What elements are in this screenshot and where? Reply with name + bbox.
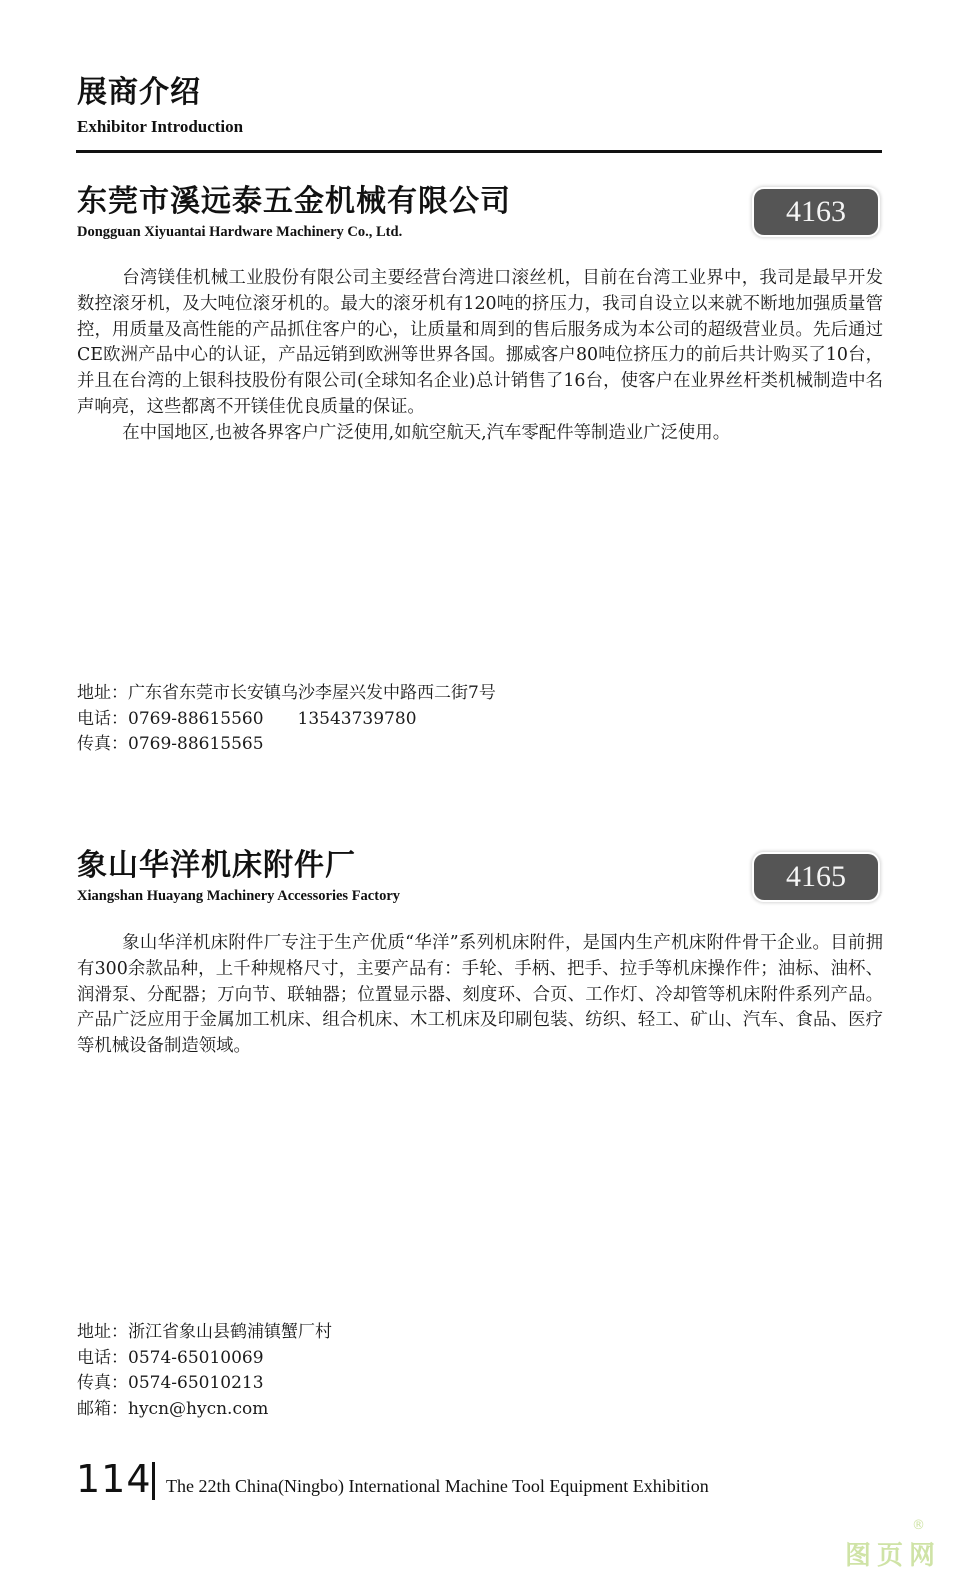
phone: 电话：0769-88615560 13543739780 (77, 707, 496, 733)
footer-divider (152, 1462, 155, 1500)
company-name-en: Xiangshan Huayang Machinery Accessories … (77, 887, 400, 905)
watermark-logo: 图页网 (845, 1535, 941, 1572)
registered-mark-icon: ® (912, 1518, 925, 1533)
booth-number-badge: 4165 (754, 854, 878, 900)
company-description: 台湾镁佳机械工业股份有限公司主要经营台湾进口滚丝机，目前在台湾工业界中，我司是最… (77, 266, 883, 447)
description-paragraph: 台湾镁佳机械工业股份有限公司主要经营台湾进口滚丝机，目前在台湾工业界中，我司是最… (77, 266, 883, 421)
email: 邮箱：hycn@hycn.com (77, 1397, 332, 1423)
booth-number-badge: 4163 (754, 189, 878, 235)
company-description: 象山华洋机床附件厂专注于生产优质“华洋”系列机床附件，是国内生产机床附件骨干企业… (77, 931, 883, 1060)
fax: 传真：0574-65010213 (77, 1371, 332, 1397)
fax: 传真：0769-88615565 (77, 732, 496, 758)
description-paragraph: 在中国地区,也被各界客户广泛使用,如航空航天,汽车零配件等制造业广泛使用。 (77, 421, 883, 447)
contact-info: 地址：浙江省象山县鹤浦镇蟹厂村 电话：0574-65010069 传真：0574… (77, 1320, 332, 1422)
contact-info: 地址：广东省东莞市长安镇乌沙李屋兴发中路西二街7号 电话：0769-886155… (77, 681, 496, 758)
section-title-cn: 展商介绍 (77, 74, 201, 112)
address: 地址：广东省东莞市长安镇乌沙李屋兴发中路西二街7号 (77, 681, 496, 707)
company-name-cn: 象山华洋机床附件厂 (77, 848, 356, 884)
section-title-en: Exhibitor Introduction (77, 116, 243, 138)
address: 地址：浙江省象山县鹤浦镇蟹厂村 (77, 1320, 332, 1346)
company-name-cn: 东莞市溪远泰五金机械有限公司 (77, 184, 511, 220)
phone: 电话：0574-65010069 (77, 1346, 332, 1372)
page-number: 114 (76, 1456, 152, 1502)
description-paragraph: 象山华洋机床附件厂专注于生产优质“华洋”系列机床附件，是国内生产机床附件骨干企业… (77, 931, 883, 1060)
header-divider (76, 150, 882, 153)
company-name-en: Dongguan Xiyuantai Hardware Machinery Co… (77, 223, 402, 241)
exhibition-name: The 22th China(Ningbo) International Mac… (166, 1474, 709, 1498)
